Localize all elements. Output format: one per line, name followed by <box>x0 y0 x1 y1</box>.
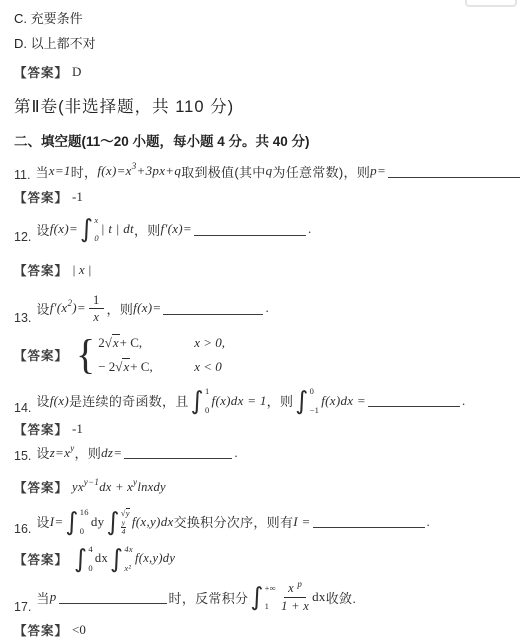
integral: ∫ 16 0 <box>65 508 88 535</box>
question-15: 15. 设 z=x y ，则 dz= . <box>14 443 520 462</box>
answer-value: D <box>72 64 81 80</box>
superscript: y <box>133 477 137 487</box>
fraction-denominator: 4 <box>122 528 126 536</box>
integral: ∫ 1 0 <box>191 387 210 414</box>
superscript: y <box>70 443 74 453</box>
math-segment: 2√ <box>98 335 112 351</box>
integral: ∫ x 0 <box>80 216 99 243</box>
upper-limit: 1 <box>205 387 210 396</box>
question-12-text: 设 f(x)= ∫ x 0 | t | dt ，则 f′(x)= . <box>36 216 311 243</box>
case-row: − 2√ x + C, x < 0 <box>98 358 225 375</box>
case-row: 2√ x + C, x > 0, <box>98 334 225 351</box>
answer-value: -1 <box>72 421 83 437</box>
fraction-numerator: 1 <box>89 293 104 309</box>
math-segment: f(x)= <box>133 300 161 316</box>
text-segment: ，则 <box>75 443 102 462</box>
answer-value: -1 <box>72 189 83 205</box>
math-segment: p= <box>370 163 386 179</box>
answer-label: 【答案】 <box>14 261 68 279</box>
upper-limit: +∞ <box>265 584 276 593</box>
fraction: x p 1 + x <box>281 581 309 613</box>
answer-17: 【答案】 <0 <box>14 621 520 639</box>
question-13: 13. 设 f′(x 2 )= 1 x ，则 f(x)= . <box>14 293 520 325</box>
option-d: D. 以上都不对 <box>14 37 520 51</box>
fraction: 1 x <box>89 293 104 325</box>
question-12: 12. 设 f(x)= ∫ x 0 | t | dt ，则 f′(x)= . <box>14 216 520 243</box>
math-segment: f′(x)= <box>161 221 192 237</box>
period: . <box>234 445 238 461</box>
fraction-numerator: x p <box>284 581 306 597</box>
case-condition: x < 0 <box>194 359 222 375</box>
integral-limits: 4x x² <box>124 545 133 572</box>
period: . <box>427 514 431 530</box>
math-segment: f′(x <box>50 300 68 316</box>
fraction-denominator: x <box>93 309 99 324</box>
question-17-text: 当 p 时，反常积分 ∫ +∞ 1 x p 1 + x dx 收敛. <box>36 581 356 613</box>
superscript: 3 <box>132 161 137 171</box>
text-segment: 时，反常积分 <box>169 588 249 607</box>
blank-underline <box>313 515 425 528</box>
question-number: 11. <box>14 168 30 182</box>
math-segment: dx <box>95 551 108 566</box>
text-segment: 收敛. <box>326 588 357 607</box>
section2-title: 二、填空题(11～20 小题，每小题 4 分。共 40 分) <box>14 130 520 150</box>
superscript: 2 <box>67 298 72 308</box>
limit-fraction: y 4 <box>121 519 127 535</box>
question-16-text: 设 I= ∫ 16 0 dy ∫ √ y <box>36 508 430 535</box>
text-segment: 设 <box>36 391 49 410</box>
integral-limits: +∞ 1 <box>265 584 276 611</box>
blank-underline <box>194 223 306 236</box>
integral-sign: ∫ <box>191 389 204 413</box>
integral: ∫ +∞ 1 <box>250 584 276 611</box>
question-17: 17. 当 p 时，反常积分 ∫ +∞ 1 x p 1 + x dx 收 <box>14 581 520 613</box>
text-segment: 时， <box>71 162 98 181</box>
math-segment: I= <box>50 514 64 530</box>
integral-sign: ∫ <box>250 585 263 609</box>
integral-sign: ∫ <box>74 547 87 571</box>
math-segment: + C, <box>130 359 153 375</box>
math-segment: dx + x <box>99 480 133 495</box>
text-segment: 取到极值(其中 <box>181 162 265 181</box>
integral: ∫ √ y y 4 <box>106 508 129 535</box>
sqrt-radicand: y <box>126 508 130 518</box>
integral-sign: ∫ <box>65 510 78 534</box>
lower-limit: x² <box>124 564 133 573</box>
text-segment: 为任意常数)，则 <box>272 162 370 181</box>
sqrt-radicand: x <box>122 358 130 375</box>
upper-limit: 0 <box>310 387 320 396</box>
math-segment: f(x,y)dy <box>135 551 175 566</box>
question-number: 16. <box>14 522 31 536</box>
integral-limits: 4 0 <box>88 545 93 572</box>
text-segment: 是连续的奇函数，且 <box>69 391 189 410</box>
upper-limit: x <box>94 216 99 225</box>
integral-limits: x 0 <box>94 216 99 243</box>
text-segment: 当 <box>36 588 49 607</box>
question-11: 11. 当 x=1 时， f(x)=x 3 +3px+q 取到极值(其中 q 为… <box>14 162 520 181</box>
math-segment: f(x)dx = <box>321 393 366 409</box>
lower-limit: 1 <box>265 602 276 611</box>
upper-limit: 4x <box>124 545 133 554</box>
integral-limits: 16 0 <box>80 508 89 535</box>
answer-formula: ∫ 4 0 dx ∫ 4x x² f(x,y)dy <box>72 545 175 572</box>
math-segment: x=1 <box>49 163 71 179</box>
answer-14: 【答案】 -1 <box>14 420 520 438</box>
question-number: 14. <box>14 401 31 415</box>
math-segment: )= <box>72 300 86 316</box>
math-segment: f(x)= <box>50 221 78 237</box>
answer-12: 【答案】 | x | <box>14 261 520 279</box>
period: . <box>308 221 312 237</box>
integral-limits: √ y y 4 <box>121 508 130 535</box>
integral-limits: 1 0 <box>205 387 210 414</box>
period: . <box>265 300 269 316</box>
question-16: 16. 设 I= ∫ 16 0 dy ∫ √ y <box>14 508 520 535</box>
blank-underline <box>163 302 263 315</box>
text-segment: ，则 <box>134 220 161 239</box>
integral: ∫ 0 −1 <box>295 387 319 414</box>
answer-line-choice: 【答案】 D <box>14 63 520 81</box>
math-segment: dx <box>312 589 326 605</box>
text-segment: 设 <box>36 220 49 239</box>
blank-underline <box>368 394 460 407</box>
case-condition: x > 0, <box>194 335 225 351</box>
text-segment: 设 <box>36 443 49 462</box>
text-segment: 交换积分次序，则有 <box>174 512 294 531</box>
brace-symbol: { <box>76 334 95 376</box>
question-number: 13. <box>14 311 31 325</box>
text-segment: 设 <box>36 512 49 531</box>
integral: ∫ 4 0 <box>74 545 93 572</box>
math-segment: I = <box>293 514 310 530</box>
sqrt-radicand: x <box>112 334 120 351</box>
math-segment: x <box>288 581 294 595</box>
answer-value: | x | <box>72 262 91 278</box>
answer-value: <0 <box>72 622 86 638</box>
question-14: 14. 设 f(x) 是连续的奇函数，且 ∫ 1 0 f(x)dx = 1 ，则… <box>14 387 520 414</box>
blank-underline <box>124 446 232 459</box>
question-13-text: 设 f′(x 2 )= 1 x ，则 f(x)= . <box>36 293 269 325</box>
integral-limits: 0 −1 <box>310 387 320 414</box>
math-segment: dy <box>91 514 105 530</box>
superscript: p <box>297 579 302 589</box>
answer-formula: yx y−1 dx + x y lnxdy <box>72 480 166 495</box>
part2-title: 第Ⅱ卷(非选择题，共 110 分) <box>14 93 520 117</box>
answer-label: 【答案】 <box>14 550 68 568</box>
answer-label: 【答案】 <box>14 346 68 364</box>
answer-11: 【答案】 -1 <box>14 188 520 206</box>
blank-underline <box>59 591 167 604</box>
piecewise-cases: 2√ x + C, x > 0, − 2√ x + C, x < 0 <box>98 334 225 375</box>
case-expression: − 2√ x + C, <box>98 358 194 375</box>
math-segment: yx <box>72 480 84 495</box>
answer-label: 【答案】 <box>14 621 68 639</box>
upper-limit: 4 <box>88 545 93 554</box>
math-segment: p <box>50 589 57 605</box>
text-segment: ，则 <box>107 299 134 318</box>
integral-sign: ∫ <box>106 510 119 534</box>
case-expression: 2√ x + C, <box>98 334 194 351</box>
text-segment: 设 <box>36 299 49 318</box>
lower-limit: −1 <box>310 406 320 415</box>
math-segment: +3px+q <box>137 163 182 179</box>
lower-limit: 0 <box>80 527 89 536</box>
answer-label: 【答案】 <box>14 420 68 438</box>
math-segment: | t | dt <box>101 221 134 237</box>
math-segment: f(x,y)dx <box>132 514 174 530</box>
integral-sign: ∫ <box>80 217 93 241</box>
math-segment: q <box>266 163 273 179</box>
blank-underline <box>388 165 520 178</box>
math-segment: z=x <box>50 445 71 461</box>
question-number: 15. <box>14 449 31 463</box>
question-11-text: 当 x=1 时， f(x)=x 3 +3px+q 取到极值(其中 q 为任意常数… <box>35 162 520 181</box>
math-segment: − 2√ <box>98 359 122 375</box>
answer-label: 【答案】 <box>14 188 68 206</box>
math-segment: f(x)dx = 1 <box>212 393 267 409</box>
math-segment: f(x)=x <box>97 163 131 179</box>
integral-sign: ∫ <box>295 389 308 413</box>
text-segment: ，则 <box>267 391 294 410</box>
integral: ∫ 4x x² <box>110 545 133 572</box>
upper-limit: √ y <box>121 508 130 518</box>
superscript: y−1 <box>84 477 99 487</box>
question-number: 17. <box>14 600 31 614</box>
math-segment: lnxdy <box>137 480 166 495</box>
integral-sign: ∫ <box>110 547 123 571</box>
math-segment: dz= <box>101 445 122 461</box>
fraction-denominator: 1 + x <box>281 598 309 613</box>
answer-15: 【答案】 yx y−1 dx + x y lnxdy <box>14 478 520 496</box>
lower-limit: y 4 <box>121 519 130 535</box>
question-14-text: 设 f(x) 是连续的奇函数，且 ∫ 1 0 f(x)dx = 1 ，则 ∫ 0… <box>36 387 465 414</box>
math-segment: f(x) <box>50 393 69 409</box>
answer-13: 【答案】 { 2√ x + C, x > 0, − 2√ x + C, x < … <box>14 334 520 375</box>
question-number: 12. <box>14 230 31 244</box>
math-segment: + C, <box>120 335 143 351</box>
answer-label: 【答案】 <box>14 478 68 496</box>
answer-16: 【答案】 ∫ 4 0 dx ∫ 4x x² f(x,y)dy <box>14 545 520 572</box>
exam-document: C. 充要条件 D. 以上都不对 【答案】 D 第Ⅱ卷(非选择题，共 110 分… <box>0 0 524 639</box>
answer-label: 【答案】 <box>14 63 68 81</box>
option-c: C. 充要条件 <box>14 12 520 26</box>
lower-limit: 0 <box>205 406 210 415</box>
upper-limit: 16 <box>80 508 89 517</box>
question-15-text: 设 z=x y ，则 dz= . <box>36 443 238 462</box>
lower-limit: 0 <box>94 234 99 243</box>
text-segment: 当 <box>35 162 48 181</box>
lower-limit: 0 <box>88 564 93 573</box>
period: . <box>462 393 466 409</box>
